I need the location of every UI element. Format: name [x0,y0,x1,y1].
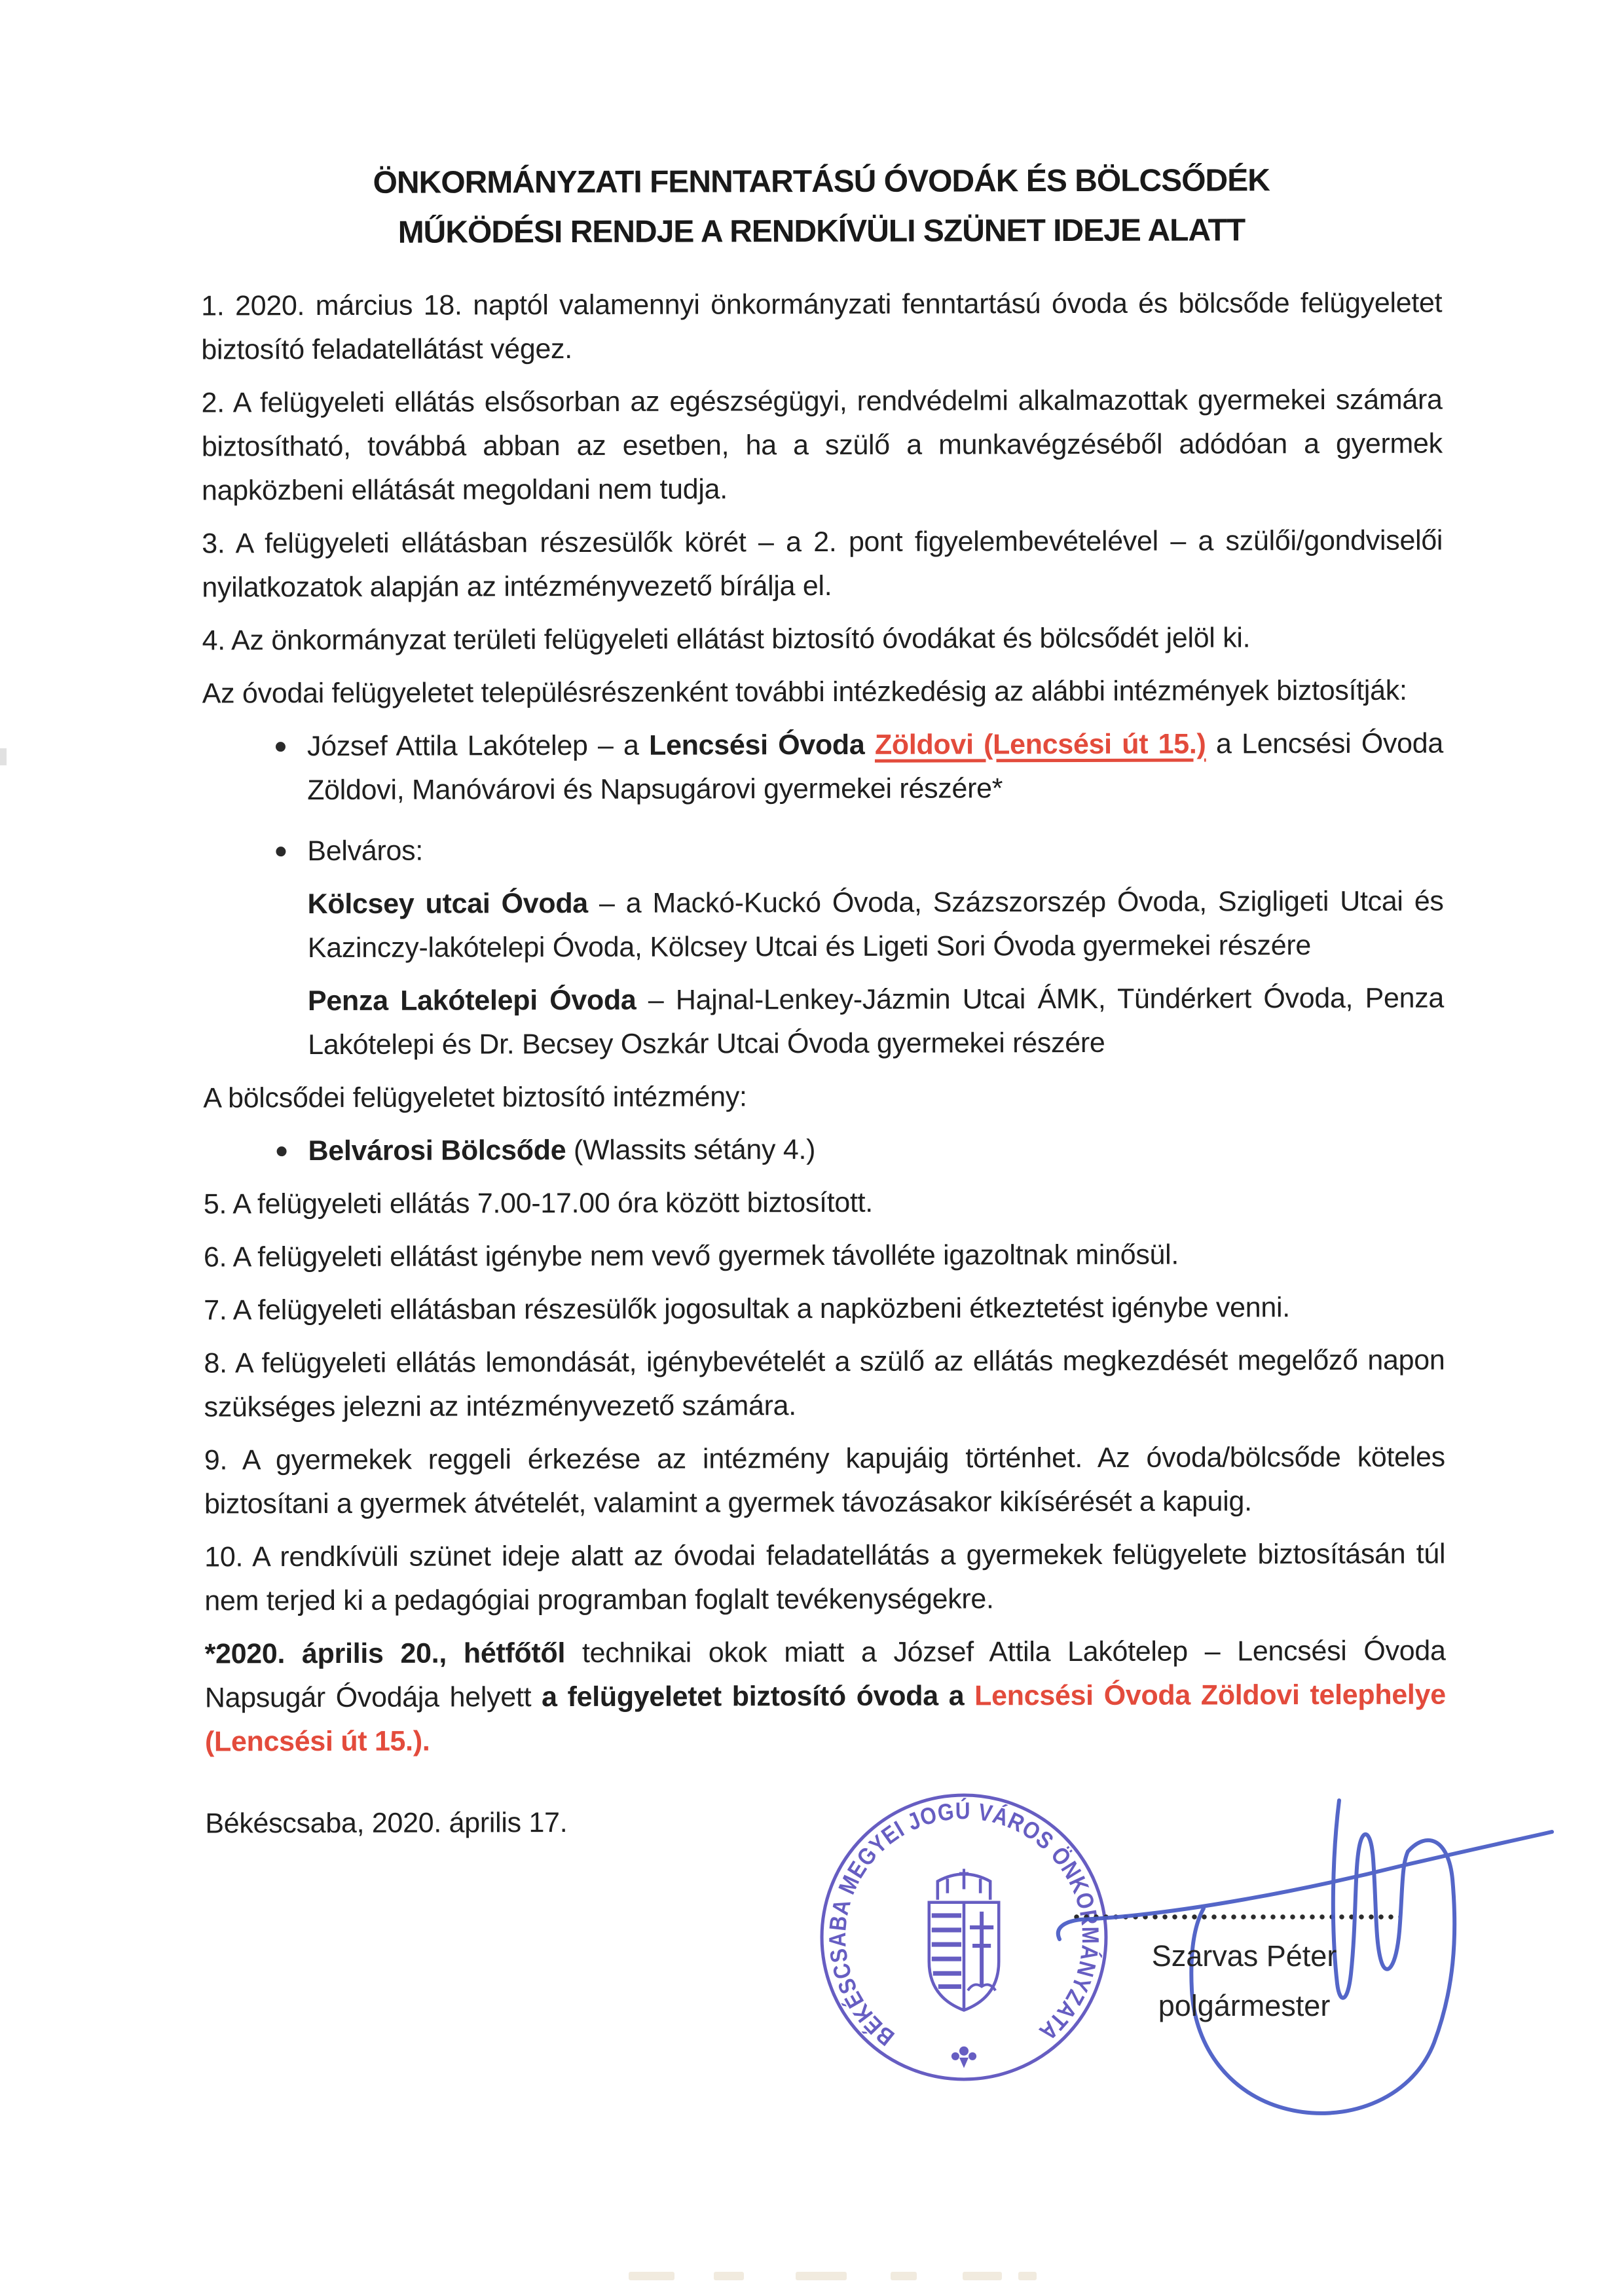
scanned-document-page: ÖNKORMÁNYZATI FENNTARTÁSÚ ÓVODÁK ÉS BÖLC… [0,0,1624,2296]
signer-block: Szarvas Péter polgármester [1080,1931,1408,2031]
paragraph-10: 10. A rendkívüli szünet ideje alatt az ó… [204,1533,1445,1624]
document-title: ÖNKORMÁNYZATI FENNTARTÁSÚ ÓVODÁK ÉS BÖLC… [201,156,1442,259]
fleur-icon [951,2047,976,2068]
bullet1-red-underlined: Zöldovi (Lencsési út 15.) [875,728,1206,760]
penza-bold: Penza Lakótelepi Óvoda [308,985,637,1017]
paragraph-8: 8. A felügyeleti ellátás lemondását, igé… [204,1339,1445,1430]
paragraph-4: 4. Az önkormányzat területi felügyeleti … [202,616,1443,663]
title-line-2: MŰKÖDÉSI RENDJE A RENDKÍVÜLI SZÜNET IDEJ… [201,206,1442,259]
paragraph-penza: Penza Lakótelepi Óvoda – Hajnal-Lenkey-J… [308,977,1444,1068]
scan-artifact [714,2272,744,2280]
paragraph-9: 9. A gyermekek reggeli érkezése az intéz… [204,1436,1445,1527]
coat-of-arms-icon [929,1869,999,2011]
bullet-icon [277,1146,287,1156]
bullet3-text: (Wlassits sétány 4.) [566,1134,815,1166]
scan-artifact [891,2272,917,2280]
bullet-icon [276,847,286,856]
bullet-icon [276,742,286,752]
signer-name: Szarvas Péter [1080,1931,1408,1981]
intro-bolcsode: A bölcsődei felügyeletet biztosító intéz… [203,1074,1444,1121]
list-item-jozsef-attila: József Attila Lakótelep – a Lencsési Óvo… [307,722,1443,813]
scan-artifact [796,2272,847,2280]
signer-title: polgármester [1080,1981,1408,2031]
paragraph-3: 3. A felügyeleti ellátásban részesülők k… [202,519,1443,610]
paragraph-kolcsey: Kölcsey utcai Óvoda – a Mackó-Kuckó Óvod… [308,880,1444,971]
list-item-belvaros: Belváros: [307,827,1443,874]
paragraph-6: 6. A felügyeleti ellátást igénybe nem ve… [204,1233,1445,1280]
signature-dotted-line [1073,1913,1399,1921]
footnote: *2020. április 20., hétfőtől technikai o… [205,1630,1447,1764]
bullet3-bold: Belvárosi Bölcsőde [308,1135,566,1167]
kolcsey-bold: Kölcsey utcai Óvoda [308,888,588,920]
paragraph-1: 1. 2020. március 18. naptól valamennyi ö… [201,282,1442,373]
list-item-belvarosi-bolcsode: Belvárosi Bölcsőde (Wlassits sétány 4.) [308,1127,1445,1174]
scan-artifact [963,2272,1002,2280]
date-line: Békéscsaba, 2020. április 17. [205,1799,1446,1846]
paragraph-5: 5. A felügyeleti ellátás 7.00-17.00 óra … [204,1180,1445,1227]
intro-ovoda: Az óvodai felügyeletet településrészenké… [202,669,1443,716]
paragraph-2: 2. A felügyeleti ellátás elsősorban az e… [202,378,1443,513]
document-body: ÖNKORMÁNYZATI FENNTARTÁSÚ ÓVODÁK ÉS BÖLC… [201,156,1447,1846]
bullet1-text: József Attila Lakótelep – a [307,730,649,762]
bullet2-text: Belváros: [307,835,423,867]
scan-artifact [629,2272,674,2280]
paragraph-7: 7. A felügyeleti ellátásban részesülők j… [204,1286,1445,1333]
bullet1-bold: Lencsési Óvoda [649,729,875,761]
scan-artifact [0,748,7,765]
footnote-bold: a felügyeletet biztosító óvoda a [542,1680,974,1713]
title-line-1: ÖNKORMÁNYZATI FENNTARTÁSÚ ÓVODÁK ÉS BÖLC… [201,156,1442,209]
scan-artifact [1018,2272,1037,2280]
footnote-bold-date: *2020. április 20., hétfőtől [205,1637,566,1669]
